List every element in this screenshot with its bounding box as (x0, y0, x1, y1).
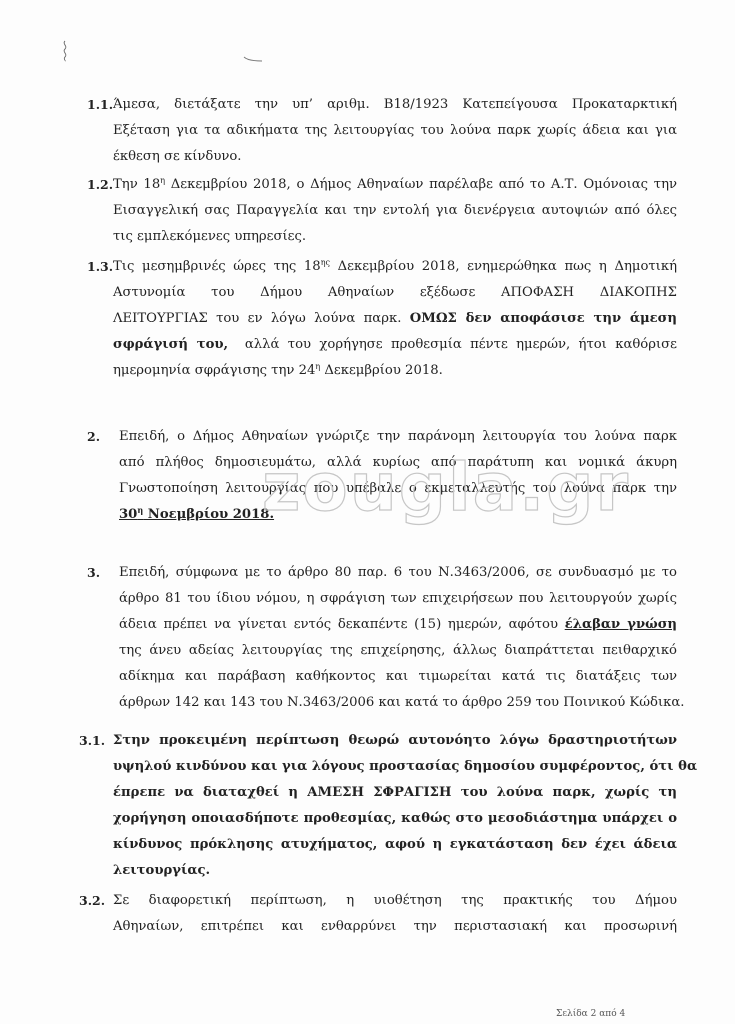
text-line: της άνευ αδείας λειτουργίας της επιχείρη… (119, 638, 677, 664)
emphasis-text: σφράγισή του, (113, 337, 228, 352)
section-number: 1.3. (87, 254, 113, 280)
text-line: Τις μεσημβρινές ώρες της 18ης Δεκεμβρίου… (113, 254, 677, 280)
section-1-3: 1.3. Τις μεσημβρινές ώρες της 18ης Δεκεμ… (87, 254, 677, 384)
text-line: χορήγηση οποιασδήποτε προθεσμίας, καθώς … (113, 806, 677, 832)
text-run: ΛΕΙΤΟΥΡΓΙΑΣ του εν λόγω λούνα παρκ. (113, 311, 401, 326)
section-number: 3. (87, 560, 100, 586)
section-number: 2. (87, 424, 100, 450)
section-number: 3.2. (79, 888, 105, 914)
section-1-2: 1.2. Την 18η Δεκεμβρίου 2018, ο Δήμος Αθ… (87, 172, 677, 250)
underlined-date: 30η Νοεμβρίου 2018. (119, 502, 677, 528)
text-line-mixed: σφράγισή του, αλλά του χορήγησε προθεσμί… (113, 332, 677, 358)
text-line: ημερομηνία σφράγισης την 24η Δεκεμβρίου … (113, 358, 677, 384)
document-page: 1.1. Άμεσα, διετάξατε την υπ’ αριθμ. Β18… (0, 0, 735, 1024)
text-line: υψηλού κινδύνου και για λόγους προστασία… (113, 754, 677, 780)
section-number: 1.2. (87, 172, 113, 198)
text-line: Γνωστοποίηση λειτουργίας που υπέβαλε ο ε… (119, 476, 677, 502)
text-line: Επειδή, σύμφωνα με το άρθρο 80 παρ. 6 το… (119, 560, 677, 586)
text-line: άρθρων 142 και 143 του Ν.3463/2006 και κ… (119, 690, 677, 716)
text-line: Την 18η Δεκεμβρίου 2018, ο Δήμος Αθηναίω… (113, 172, 677, 198)
text-line: Σε διαφορετική περίπτωση, η υιοθέτηση τη… (113, 888, 677, 914)
text-line: Αστυνομία του Δήμου Αθηναίων εξέδωσε ΑΠΟ… (113, 280, 677, 306)
emphasis-text: ΟΜΩΣ δεν αποφάσισε την άμεση (410, 311, 677, 326)
text-line: Επειδή, ο Δήμος Αθηναίων γνώριζε την παρ… (119, 424, 677, 450)
text-run: αλλά του χορήγησε προθεσμία πέντε ημερών… (245, 337, 677, 352)
pen-mark-icon (243, 55, 263, 63)
text-line: τις εμπλεκόμενες υπηρεσίες. (113, 224, 677, 250)
text-line: Στην προκειμένη περίπτωση θεωρώ αυτονόητ… (113, 728, 677, 754)
text-line: Εξέταση για τα αδικήματα της λειτουργίας… (113, 118, 677, 144)
text-line: Αθηναίων, επιτρέπει και ενθαρρύνει την π… (113, 914, 677, 940)
section-1-1: 1.1. Άμεσα, διετάξατε την υπ’ αριθμ. Β18… (87, 92, 677, 170)
handwritten-mark-icon (60, 40, 70, 62)
text-line: έπρεπε να διαταχθεί η ΑΜΕΣΗ ΣΦΡΑΓΙΣΗ του… (113, 780, 677, 806)
text-line-mixed: ΛΕΙΤΟΥΡΓΙΑΣ του εν λόγω λούνα παρκ. ΟΜΩΣ… (113, 306, 677, 332)
text-line: κίνδυνος πρόκλησης ατυχήματος, αφού η εγ… (113, 832, 677, 858)
text-line: από πλήθος δημοσιευμάτω, αλλά κυρίως από… (119, 450, 677, 476)
text-line: αδίκημα και παράβαση καθήκοντος και τιμω… (119, 664, 677, 690)
text-line: άρθρο 81 του ίδιου νόμου, η σφράγιση των… (119, 586, 677, 612)
text-run: άδεια πρέπει να γίνεται εντός δεκαπέντε … (119, 617, 558, 632)
section-2: 2. Επειδή, ο Δήμος Αθηναίων γνώριζε την … (87, 424, 677, 528)
section-3-2: 3.2. Σε διαφορετική περίπτωση, η υιοθέτη… (87, 888, 677, 940)
text-line: λειτουργίας. (113, 858, 677, 884)
text-line: Εισαγγελική σας Παραγγελία και την εντολ… (113, 198, 677, 224)
text-line: Άμεσα, διετάξατε την υπ’ αριθμ. Β18/1923… (113, 92, 677, 118)
section-number: 3.1. (79, 728, 105, 754)
text-line: έκθεση σε κίνδυνο. (113, 144, 677, 170)
underlined-text: έλαβαν γνώση (565, 617, 677, 632)
text-line-mixed: άδεια πρέπει να γίνεται εντός δεκαπέντε … (119, 612, 677, 638)
page-footer: Σελίδα 2 από 4 (556, 1009, 625, 1019)
section-number: 1.1. (87, 92, 113, 118)
section-3: 3. Επειδή, σύμφωνα με το άρθρο 80 παρ. 6… (87, 560, 677, 716)
section-3-1: 3.1. Στην προκειμένη περίπτωση θεωρώ αυτ… (87, 728, 677, 884)
